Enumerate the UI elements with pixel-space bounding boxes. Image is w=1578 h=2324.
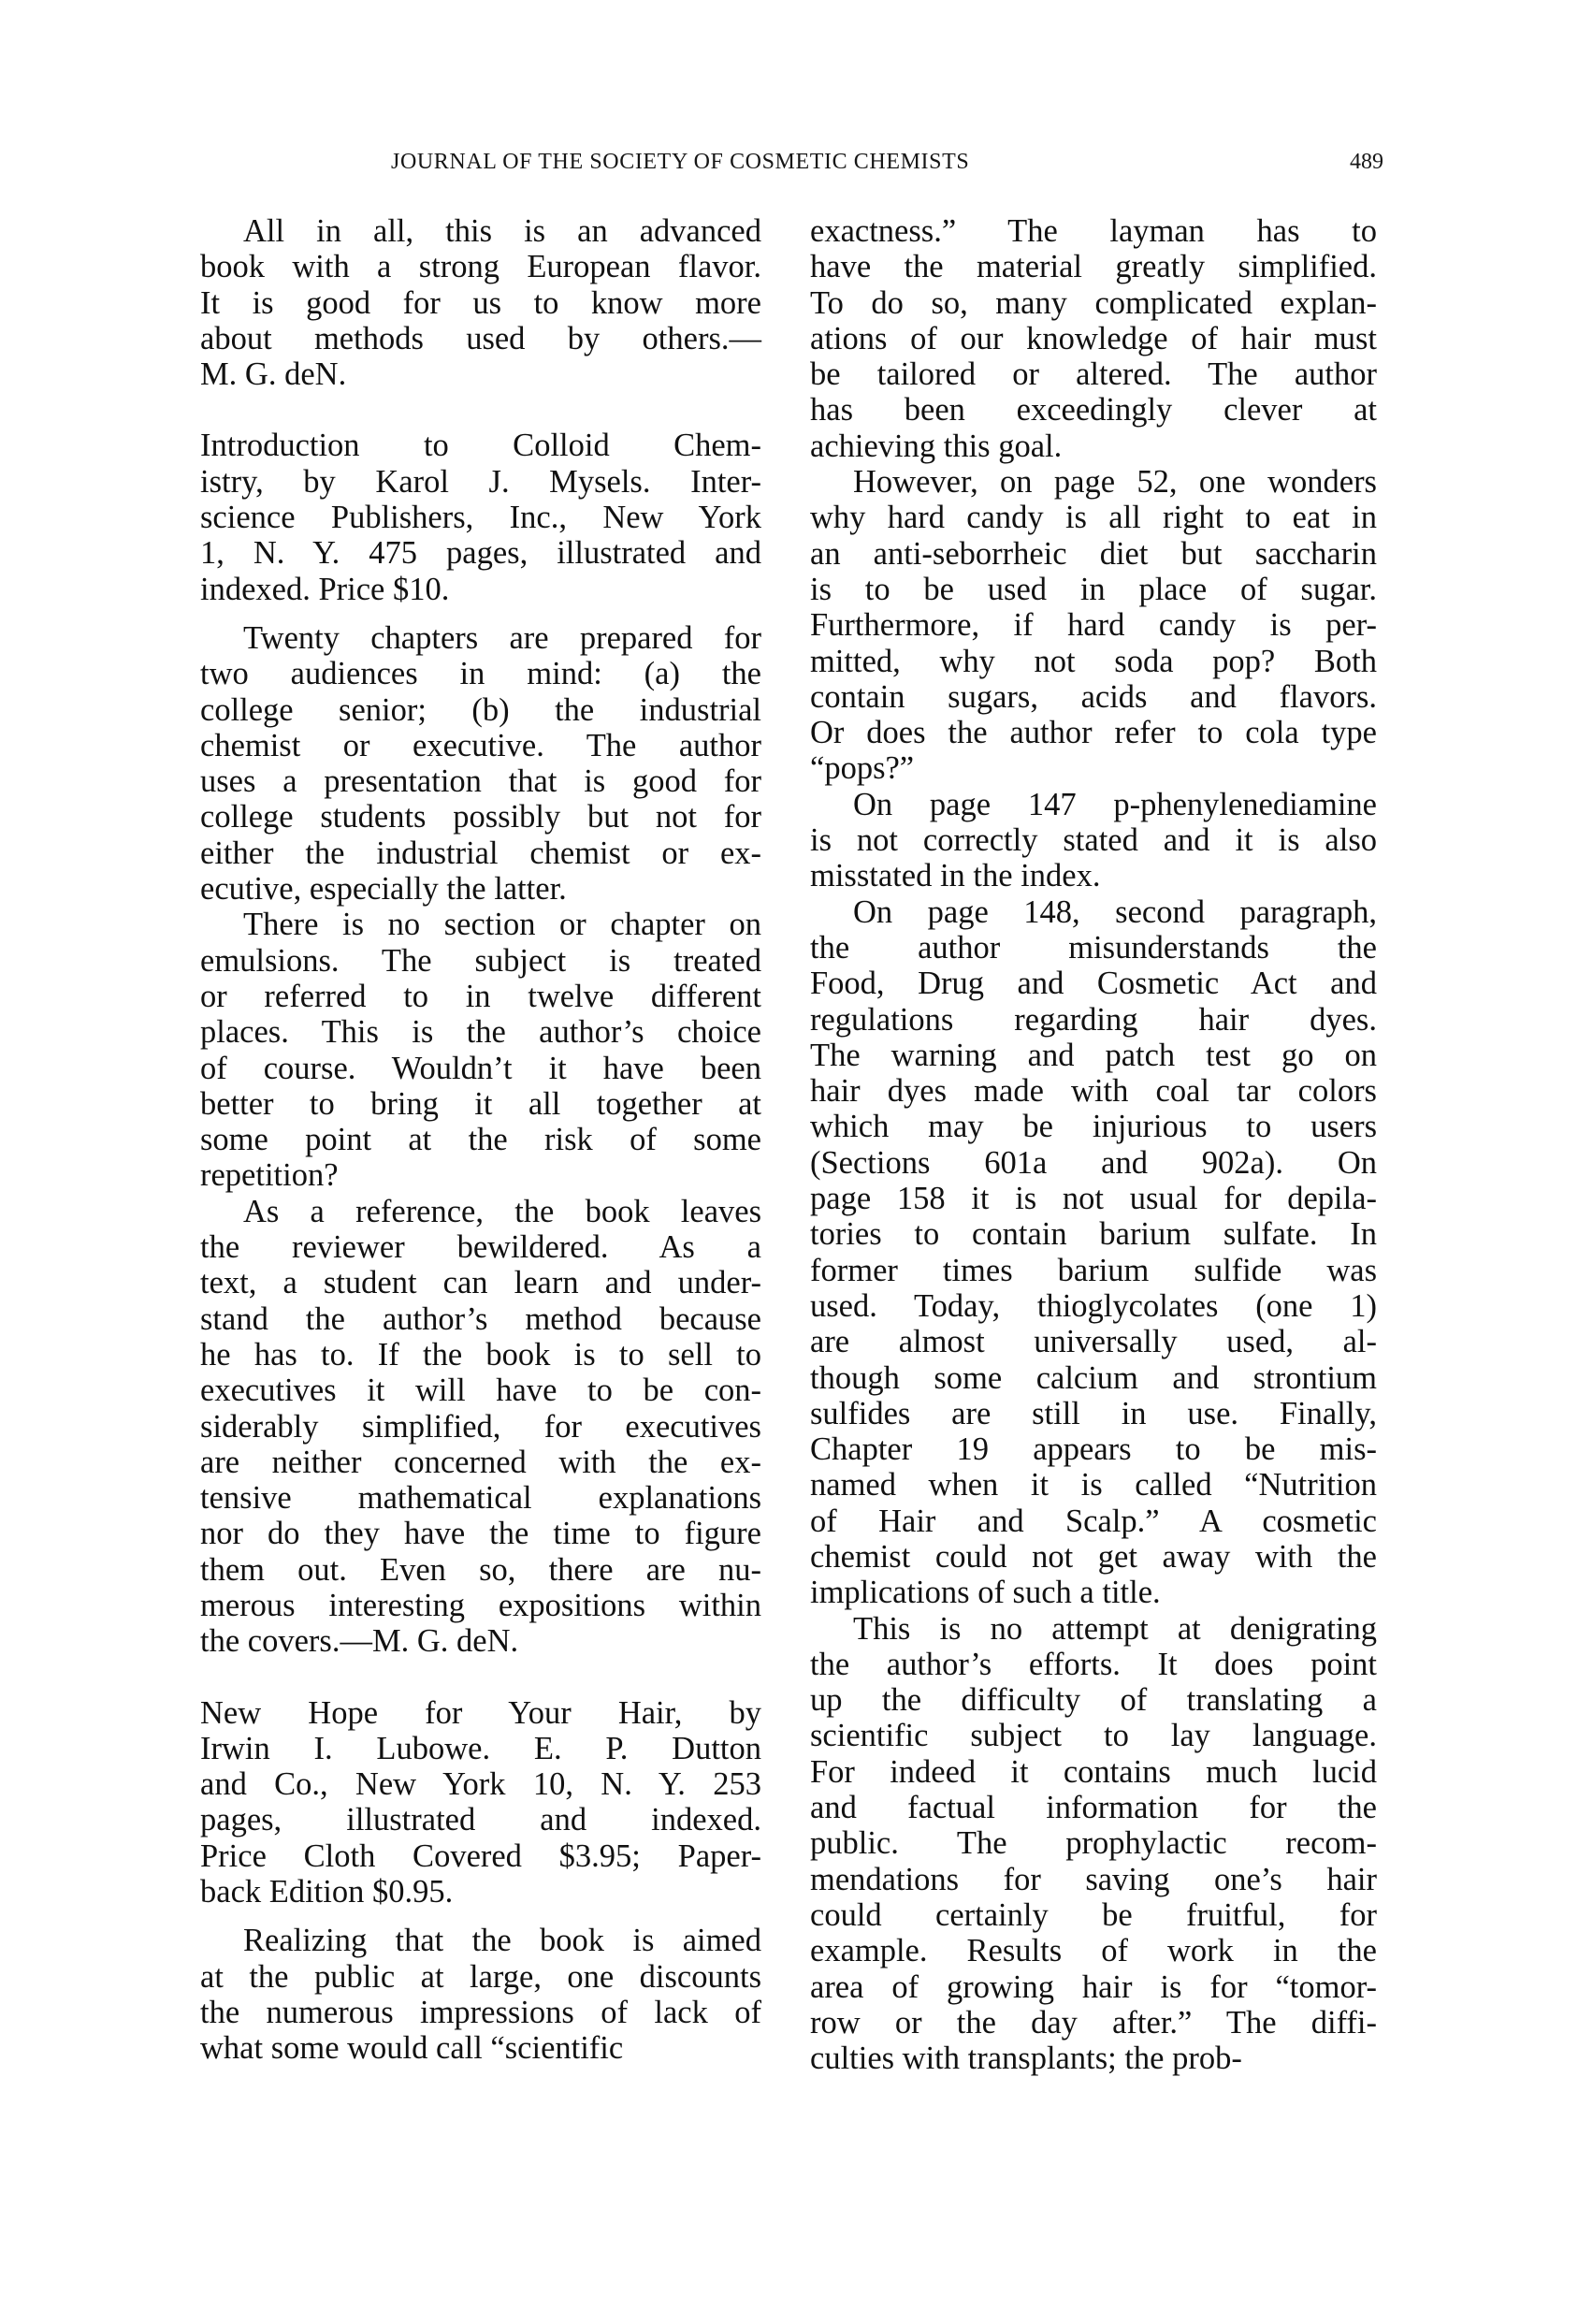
- text-line: Food, Drug and Cosmetic Act and: [810, 966, 1377, 1001]
- text-line: them out. Even so, there are nu-: [200, 1552, 761, 1588]
- text-line: ations of our knowledge of hair must: [810, 321, 1377, 356]
- text-line: pages, illustrated and indexed.: [200, 1802, 761, 1837]
- text-line: chemist or executive. The author: [200, 728, 761, 763]
- text-line: he has to. If the book is to sell to: [200, 1337, 761, 1373]
- review3-paragraph-4: On page 148, second paragraph,the author…: [810, 894, 1377, 1611]
- text-line: are almost universally used, al-: [810, 1324, 1377, 1359]
- text-line: Irwin I. Lubowe. E. P. Dutton: [200, 1731, 761, 1766]
- text-line: This is no attempt at denigrating: [810, 1611, 1377, 1647]
- text-line: repetition?: [200, 1157, 761, 1193]
- text-line: science Publishers, Inc., New York: [200, 500, 761, 535]
- text-line: is not correctly stated and it is also: [810, 822, 1377, 858]
- text-line: achieving this goal.: [810, 428, 1377, 464]
- text-line: New Hope for Your Hair, by: [200, 1695, 761, 1731]
- text-line: about methods used by others.—: [200, 321, 761, 356]
- text-line: text, a student can learn and under-: [200, 1265, 761, 1300]
- text-line: why hard candy is all right to eat in: [810, 500, 1377, 535]
- text-line: or referred to in twelve different: [200, 979, 761, 1014]
- text-line: tories to contain barium sulfate. In: [810, 1216, 1377, 1252]
- text-line: As a reference, the book leaves: [200, 1194, 761, 1229]
- text-line: siderably simplified, for executives: [200, 1409, 761, 1445]
- text-line: There is no section or chapter on: [200, 907, 761, 942]
- text-line: uses a presentation that is good for: [200, 763, 761, 799]
- text-line: Furthermore, if hard candy is per-: [810, 607, 1377, 643]
- text-line: emulsions. The subject is treated: [200, 943, 761, 979]
- text-line: merous interesting expositions within: [200, 1588, 761, 1623]
- text-line: page 158 it is not usual for depila-: [810, 1181, 1377, 1216]
- text-line: college students possibly but not for: [200, 799, 761, 835]
- text-line: two audiences in mind: (a) the: [200, 656, 761, 691]
- text-line: chemist could not get away with the: [810, 1539, 1377, 1575]
- text-line: former times barium sulfide was: [810, 1253, 1377, 1288]
- text-line: 1, N. Y. 475 pages, illustrated and: [200, 535, 761, 571]
- text-line: However, on page 52, one wonders: [810, 464, 1377, 500]
- text-line: istry, by Karol J. Mysels. Inter-: [200, 464, 761, 500]
- text-line: an anti-seborrheic diet but saccharin: [810, 536, 1377, 572]
- text-line: exactness.” The layman has to: [810, 213, 1377, 249]
- text-line: nor do they have the time to figure: [200, 1516, 761, 1551]
- text-line: On page 148, second paragraph,: [810, 894, 1377, 930]
- text-line: and Co., New York 10, N. Y. 253: [200, 1766, 761, 1802]
- text-line: could certainly be fruitful, for: [810, 1897, 1377, 1933]
- text-line: To do so, many complicated explan-: [810, 285, 1377, 321]
- text-line: the author’s efforts. It does point: [810, 1647, 1377, 1682]
- right-column: exactness.” The layman has tohave the ma…: [810, 213, 1377, 2076]
- text-line: culties with transplants; the prob-: [810, 2041, 1377, 2076]
- text-line: “pops?”: [810, 750, 1377, 786]
- text-line: the numerous impressions of lack of: [200, 1995, 761, 2030]
- text-line: public. The prophylactic recom-: [810, 1825, 1377, 1861]
- text-line: implications of such a title.: [810, 1575, 1377, 1610]
- text-line: area of growing hair is for “tomor-: [810, 1969, 1377, 2005]
- text-line: Or does the author refer to cola type: [810, 715, 1377, 750]
- text-line: are neither concerned with the ex-: [200, 1445, 761, 1480]
- text-line: have the material greatly simplified.: [810, 249, 1377, 284]
- text-line: Realizing that the book is aimed: [200, 1923, 761, 1958]
- page-number: 489: [1350, 150, 1383, 175]
- review2-paragraph-2: There is no section or chapter onemulsio…: [200, 907, 761, 1193]
- text-line: mendations for saving one’s hair: [810, 1862, 1377, 1897]
- text-line: though some calcium and strontium: [810, 1360, 1377, 1396]
- text-line: ecutive, especially the latter.: [200, 871, 761, 907]
- running-head: JOURNAL OF THE SOCIETY OF COSMETIC CHEMI…: [0, 148, 1578, 185]
- review2-heading: Introduction to Colloid Chem-istry, by K…: [200, 428, 761, 606]
- text-line: of course. Wouldn’t it have been: [200, 1051, 761, 1086]
- text-line: named when it is called “Nutrition: [810, 1467, 1377, 1503]
- text-line: stand the author’s method because: [200, 1301, 761, 1337]
- journal-title: JOURNAL OF THE SOCIETY OF COSMETIC CHEMI…: [391, 150, 969, 175]
- review3-paragraph-2: However, on page 52, one wonderswhy hard…: [810, 464, 1377, 787]
- review3-paragraph-1: Realizing that the book is aimedat the p…: [200, 1923, 761, 2066]
- text-line: mitted, why not soda pop? Both: [810, 644, 1377, 679]
- text-line: up the difficulty of translating a: [810, 1682, 1377, 1718]
- text-line: misstated in the index.: [810, 858, 1377, 893]
- text-line: college senior; (b) the industrial: [200, 692, 761, 728]
- review3-paragraph-3: On page 147 p-phenylenediamineis not cor…: [810, 787, 1377, 894]
- text-line: (Sections 601a and 902a). On: [810, 1145, 1377, 1181]
- text-line: hair dyes made with coal tar colors: [810, 1073, 1377, 1109]
- left-column: All in all, this is an advancedbook with…: [200, 213, 761, 2067]
- text-line: The warning and patch test go on: [810, 1038, 1377, 1073]
- text-line: Chapter 19 appears to be mis-: [810, 1431, 1377, 1467]
- text-line: It is good for us to know more: [200, 285, 761, 321]
- text-line: at the public at large, one discounts: [200, 1959, 761, 1995]
- review3-paragraph-1-continued: exactness.” The layman has tohave the ma…: [810, 213, 1377, 464]
- text-line: sulfides are still in use. Finally,: [810, 1396, 1377, 1431]
- text-line: and factual information for the: [810, 1790, 1377, 1825]
- text-line: Twenty chapters are prepared for: [200, 620, 761, 656]
- review2-paragraph-1: Twenty chapters are prepared fortwo audi…: [200, 620, 761, 907]
- review2-paragraph-3: As a reference, the book leavesthe revie…: [200, 1194, 761, 1660]
- text-line: better to bring it all together at: [200, 1086, 761, 1122]
- text-line: used. Today, thioglycolates (one 1): [810, 1288, 1377, 1324]
- text-line: tensive mathematical explanations: [200, 1480, 761, 1516]
- text-line: Price Cloth Covered $3.95; Paper-: [200, 1838, 761, 1874]
- text-line: places. This is the author’s choice: [200, 1014, 761, 1050]
- text-line: row or the day after.” The diffi-: [810, 2005, 1377, 2041]
- text-line: contain sugars, acids and flavors.: [810, 679, 1377, 715]
- text-line: example. Results of work in the: [810, 1933, 1377, 1968]
- text-line: indexed. Price $10.: [200, 572, 761, 607]
- text-line: which may be injurious to users: [810, 1109, 1377, 1144]
- text-line: back Edition $0.95.: [200, 1874, 761, 1910]
- text-line: For indeed it contains much lucid: [810, 1754, 1377, 1790]
- text-line: of Hair and Scalp.” A cosmetic: [810, 1503, 1377, 1539]
- text-line: the covers.—M. G. deN.: [200, 1623, 761, 1659]
- text-line: is to be used in place of sugar.: [810, 572, 1377, 607]
- review1-closing-paragraph: All in all, this is an advancedbook with…: [200, 213, 761, 392]
- text-line: regulations regarding hair dyes.: [810, 1002, 1377, 1038]
- review3-heading: New Hope for Your Hair, byIrwin I. Lubow…: [200, 1695, 761, 1910]
- text-line: the author misunderstands the: [810, 930, 1377, 966]
- text-line: On page 147 p-phenylenediamine: [810, 787, 1377, 822]
- text-line: has been exceedingly clever at: [810, 392, 1377, 428]
- text-line: M. G. deN.: [200, 356, 761, 392]
- text-line: what some would call “scientific: [200, 2030, 761, 2066]
- text-line: be tailored or altered. The author: [810, 356, 1377, 392]
- text-line: either the industrial chemist or ex-: [200, 835, 761, 871]
- text-line: the reviewer bewildered. As a: [200, 1229, 761, 1265]
- text-line: All in all, this is an advanced: [200, 213, 761, 249]
- text-line: Introduction to Colloid Chem-: [200, 428, 761, 463]
- review3-paragraph-5: This is no attempt at denigratingthe aut…: [810, 1611, 1377, 2077]
- text-line: executives it will have to be con-: [200, 1373, 761, 1408]
- text-line: book with a strong European flavor.: [200, 249, 761, 284]
- text-line: some point at the risk of some: [200, 1122, 761, 1157]
- text-line: scientific subject to lay language.: [810, 1718, 1377, 1753]
